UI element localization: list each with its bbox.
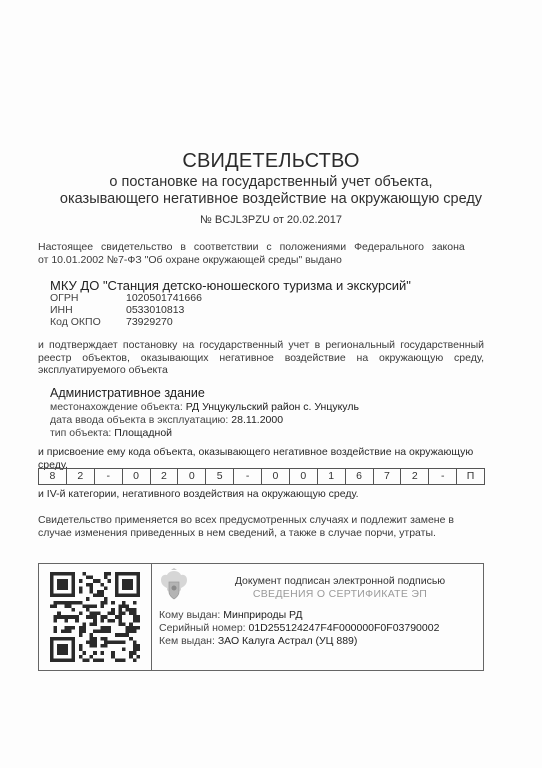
code-cell: 0 xyxy=(290,469,318,484)
code-cell: 5 xyxy=(206,469,234,484)
issued-by: Кем выдан: ЗАО Калуга Астрал (УЦ 889) xyxy=(159,635,357,647)
field-value: 1020501741666 xyxy=(126,292,202,304)
field-label: ОГРН xyxy=(50,292,126,304)
object-type: тип объекта: Площадной xyxy=(50,427,172,439)
code-cell: - xyxy=(234,469,262,484)
code-cell: - xyxy=(429,469,457,484)
field-value: 73929270 xyxy=(126,316,173,328)
code-cell: 1 xyxy=(318,469,346,484)
code-cell: - xyxy=(95,469,123,484)
type-value: Площадной xyxy=(114,427,172,439)
field-inn: ИНН0533010813 xyxy=(50,304,184,316)
validity-text: Свидетельство применяется во всех предус… xyxy=(38,514,484,540)
code-cell: 0 xyxy=(123,469,151,484)
code-cell: П xyxy=(457,469,484,484)
issuer-label: Кем выдан: xyxy=(159,635,215,647)
object-location: местонахождение объекта: РД Унцукульский… xyxy=(50,401,359,413)
document-title: СВИДЕТЕЛЬСТВО xyxy=(0,150,542,173)
serial-label: Серийный номер: xyxy=(159,622,246,634)
field-label: ИНН xyxy=(50,304,126,316)
code-cell: 2 xyxy=(67,469,95,484)
code-cell: 6 xyxy=(346,469,374,484)
certificate-number: № BCJL3PZU от 20.02.2017 xyxy=(0,214,542,226)
intro-line2: от 10.01.2002 №7-ФЗ "Об охране окружающе… xyxy=(38,254,484,267)
qr-cell xyxy=(39,564,152,670)
qr-code-icon xyxy=(50,572,140,662)
issued-to: Кому выдан: Минприроды РД xyxy=(159,609,302,621)
code-cell: 2 xyxy=(151,469,179,484)
date-label: дата ввода объекта в эксплуатацию: xyxy=(50,414,228,426)
code-cell: 2 xyxy=(401,469,429,484)
object-commission-date: дата ввода объекта в эксплуатацию: 28.11… xyxy=(50,414,283,426)
certificate-info-heading: СВЕДЕНИЯ О СЕРТИФИКАТЕ ЭП xyxy=(159,588,481,600)
code-cell: 7 xyxy=(374,469,402,484)
category-text: и IV-й категории, негативного воздействи… xyxy=(38,488,484,501)
location-value: РД Унцукульский район с. Унцукуль xyxy=(186,401,359,413)
issued-to-label: Кому выдан: xyxy=(159,609,220,621)
code-cell: 0 xyxy=(178,469,206,484)
object-name: Административное здание xyxy=(50,386,205,400)
issued-to-value: Минприроды РД xyxy=(223,609,302,621)
location-label: местонахождение объекта: xyxy=(50,401,183,413)
field-okpo: Код ОКПО73929270 xyxy=(50,316,173,328)
code-cell: 0 xyxy=(262,469,290,484)
document-subtitle-line2: оказывающего негативное воздействие на о… xyxy=(0,191,542,207)
type-label: тип объекта: xyxy=(50,427,111,439)
intro-line1: Настоящее свидетельство в соответствии с… xyxy=(38,241,484,254)
organization-name: МКУ ДО "Станция детско-юношеского туризм… xyxy=(50,278,411,293)
serial-value: 01D255124247F4F000000F0F03790002 xyxy=(249,622,440,634)
issuer-value: ЗАО Калуга Астрал (УЦ 889) xyxy=(218,635,358,647)
confirmation-text: и подтверждает постановку на государстве… xyxy=(38,339,484,377)
field-label: Код ОКПО xyxy=(50,316,126,328)
signature-block: Документ подписан электронной подписью С… xyxy=(38,563,484,671)
object-code-table: 82-0205-001672-П xyxy=(38,468,485,485)
code-cell: 8 xyxy=(39,469,67,484)
signature-statement: Документ подписан электронной подписью xyxy=(159,575,481,587)
field-value: 0533010813 xyxy=(126,304,184,316)
date-value: 28.11.2000 xyxy=(231,414,283,426)
field-ogrn: ОГРН1020501741666 xyxy=(50,292,202,304)
document-subtitle-line1: о постановке на государственный учет объ… xyxy=(0,174,542,190)
serial-number: Серийный номер: 01D255124247F4F000000F0F… xyxy=(159,622,439,634)
